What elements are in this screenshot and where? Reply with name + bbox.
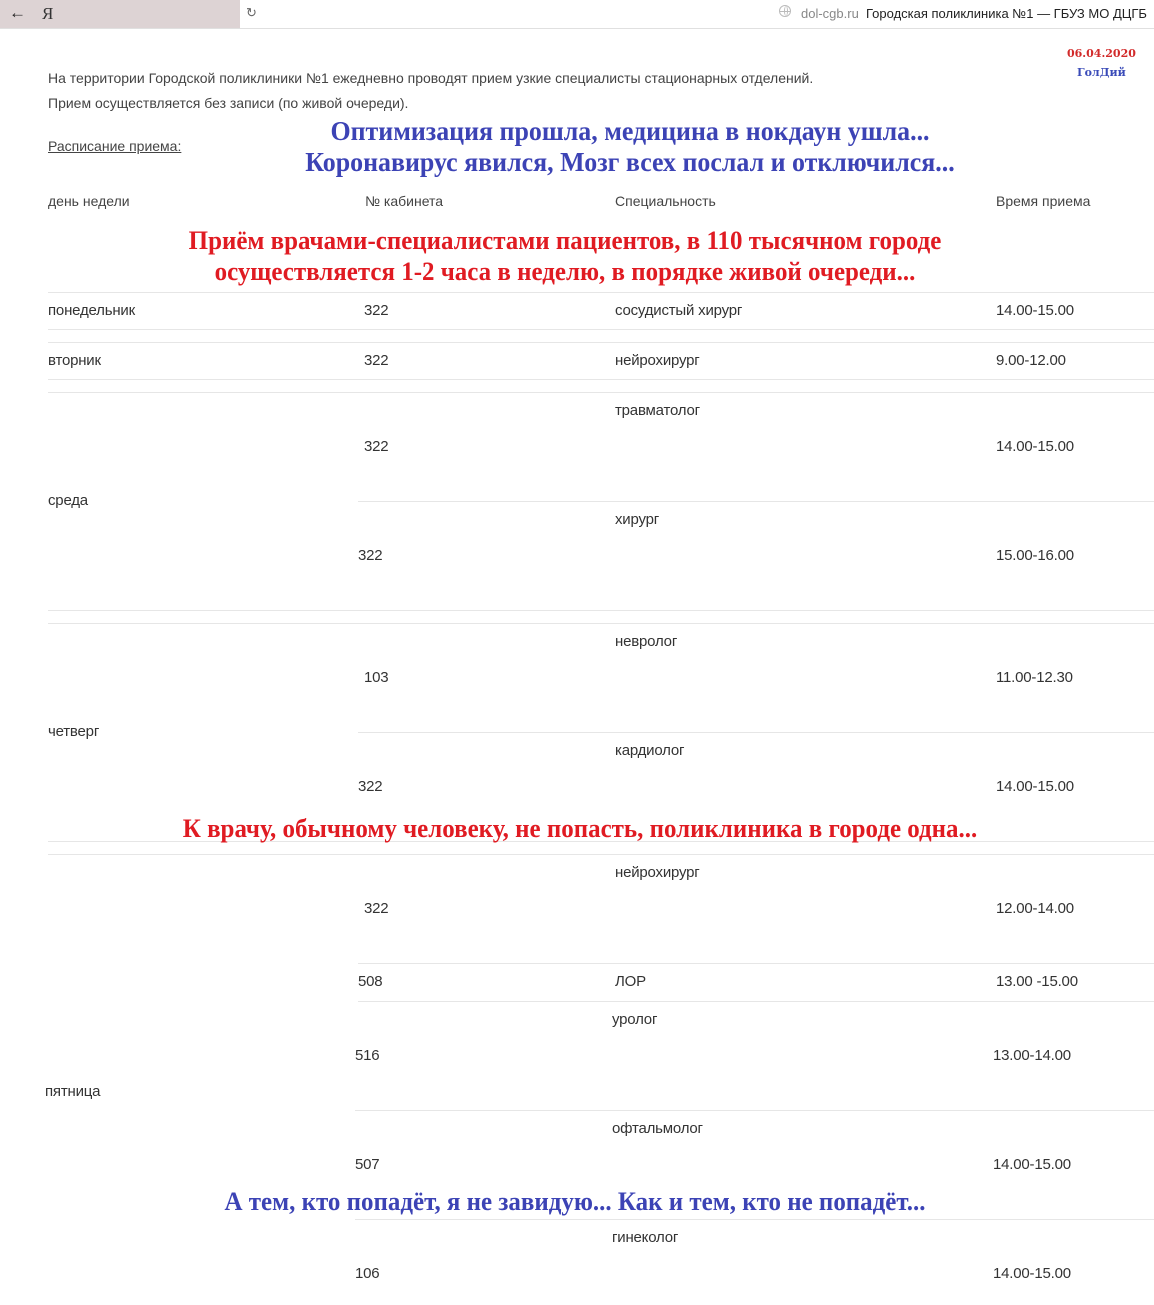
overlay-caption-4: А тем, кто попадёт, я не завидую... Как …: [81, 1186, 1070, 1218]
time-cell: 14.00-15.00: [993, 1156, 1071, 1173]
toolbar-left-area: [0, 0, 240, 28]
time-cell: 15.00-16.00: [996, 547, 1074, 564]
row-divider: [48, 392, 1154, 393]
address-bar-domain[interactable]: dol-cgb.ru: [801, 6, 859, 21]
specialty-cell: сосудистый хирург: [615, 302, 742, 319]
overlay-caption-3: К врачу, обычному человеку, не попасть, …: [52, 813, 1108, 845]
row-divider: [48, 329, 1154, 330]
day-cell: пятница: [45, 1083, 100, 1100]
time-cell: 13.00-14.00: [993, 1047, 1071, 1064]
row-divider: [48, 342, 1154, 343]
caption-2-line-2: осуществляется 1-2 часа в неделю, в поря…: [61, 256, 1069, 287]
row-divider: [48, 292, 1154, 293]
time-cell: 13.00 -15.00: [996, 973, 1078, 990]
column-header-time: Время приема: [996, 193, 1090, 209]
time-cell: 14.00-15.00: [996, 438, 1074, 455]
row-divider: [48, 623, 1154, 624]
row-divider: [358, 501, 1154, 502]
room-cell: 516: [355, 1047, 379, 1064]
specialty-cell: ЛОР: [615, 973, 646, 990]
room-cell: 103: [364, 669, 388, 686]
column-header-day: день недели: [48, 193, 130, 209]
day-cell: понедельник: [48, 302, 135, 319]
intro-text: На территории Городской поликлиники №1 е…: [48, 66, 813, 116]
row-divider: [358, 732, 1154, 733]
row-divider: [48, 610, 1154, 611]
row-divider: [358, 1001, 1154, 1002]
overlay-caption-1: Оптимизация прошла, медицина в нокдаун у…: [217, 116, 1043, 178]
intro-line-1: На территории Городской поликлиники №1 е…: [48, 66, 813, 91]
watermark-date: 06.04.2020: [1067, 47, 1136, 60]
reload-icon[interactable]: ↻: [246, 5, 257, 21]
time-cell: 14.00-15.00: [996, 778, 1074, 795]
room-cell: 322: [364, 352, 388, 369]
time-cell: 11.00-12.30: [996, 669, 1073, 686]
column-header-room: № кабинета: [365, 193, 443, 209]
room-cell: 322: [364, 900, 388, 917]
browser-toolbar: ← Я ↻ dol-cgb.ru Городская поликлиника №…: [0, 0, 1154, 29]
time-cell: 9.00-12.00: [996, 352, 1066, 369]
caption-1-line-2: Коронавирус явился, Мозг всех послал и о…: [217, 147, 1043, 178]
watermark-author: ГолДий: [1077, 66, 1126, 79]
caption-1-line-1: Оптимизация прошла, медицина в нокдаун у…: [217, 116, 1043, 147]
address-bar-page-title[interactable]: Городская поликлиника №1 — ГБУЗ МО ДЦГБ: [866, 6, 1147, 21]
specialty-cell: офтальмолог: [612, 1120, 703, 1137]
specialty-cell: нейрохирург: [615, 352, 700, 369]
column-header-specialty: Специальность: [615, 193, 716, 209]
specialty-cell: хирург: [615, 511, 659, 528]
overlay-caption-2: Приём врачами-специалистами пациентов, в…: [61, 225, 1069, 287]
specialty-cell: невролог: [615, 633, 677, 650]
yandex-logo[interactable]: Я: [42, 4, 53, 24]
room-cell: 322: [364, 438, 388, 455]
row-divider: [48, 379, 1154, 380]
caption-2-line-1: Приём врачами-специалистами пациентов, в…: [61, 225, 1069, 256]
specialty-cell: травматолог: [615, 402, 700, 419]
time-cell: 12.00-14.00: [996, 900, 1074, 917]
room-cell: 507: [355, 1156, 379, 1173]
back-arrow-icon[interactable]: ←: [9, 3, 26, 23]
room-cell: 322: [364, 302, 388, 319]
room-cell: 106: [355, 1265, 379, 1282]
schedule-link[interactable]: Расписание приема:: [48, 138, 181, 154]
specialty-cell: гинеколог: [612, 1229, 678, 1246]
specialty-cell: уролог: [612, 1011, 657, 1028]
day-cell: вторник: [48, 352, 101, 369]
time-cell: 14.00-15.00: [993, 1265, 1071, 1282]
day-cell: четверг: [48, 723, 99, 740]
time-cell: 14.00-15.00: [996, 302, 1074, 319]
row-divider: [48, 854, 1154, 855]
room-cell: 508: [358, 973, 382, 990]
intro-line-2: Прием осуществляется без записи (по живо…: [48, 91, 813, 116]
room-cell: 322: [358, 547, 382, 564]
globe-icon: [779, 5, 791, 17]
specialty-cell: кардиолог: [615, 742, 684, 759]
row-divider: [355, 1219, 1154, 1220]
specialty-cell: нейрохирург: [615, 864, 700, 881]
room-cell: 322: [358, 778, 382, 795]
row-divider: [355, 1110, 1154, 1111]
day-cell: среда: [48, 492, 88, 509]
row-divider: [358, 963, 1154, 964]
